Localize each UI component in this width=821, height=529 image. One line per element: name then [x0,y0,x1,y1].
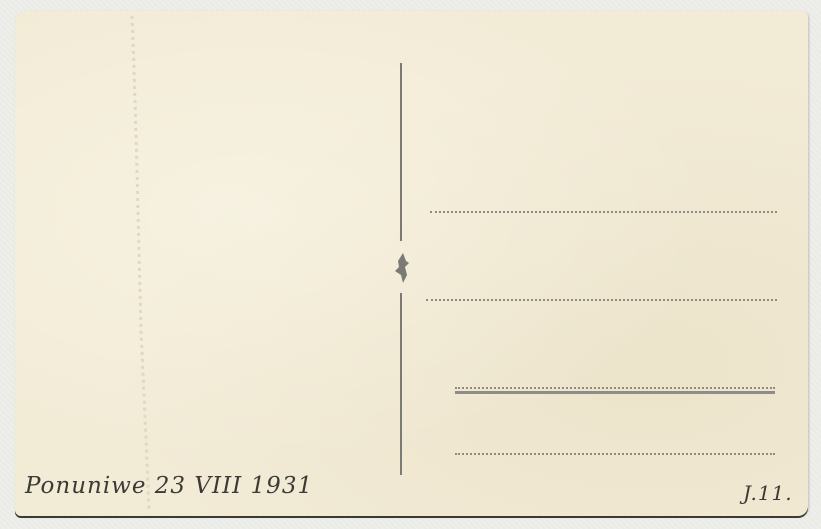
center-divider-bottom [400,293,402,475]
address-line-1 [430,211,777,213]
handwritten-corner-mark: J.11. [743,481,793,505]
address-line-3 [455,387,775,389]
address-line-4 [455,453,775,455]
address-underline [455,391,775,394]
postcard-back: Ponuniwe 23 VIII 1931 J.11. [15,11,808,516]
center-divider-top [400,63,402,241]
handwritten-date-note: Ponuniwe 23 VIII 1931 [25,473,313,499]
bird-ornament-icon [387,249,417,289]
address-line-2 [426,299,777,301]
perforation-line [127,11,167,516]
